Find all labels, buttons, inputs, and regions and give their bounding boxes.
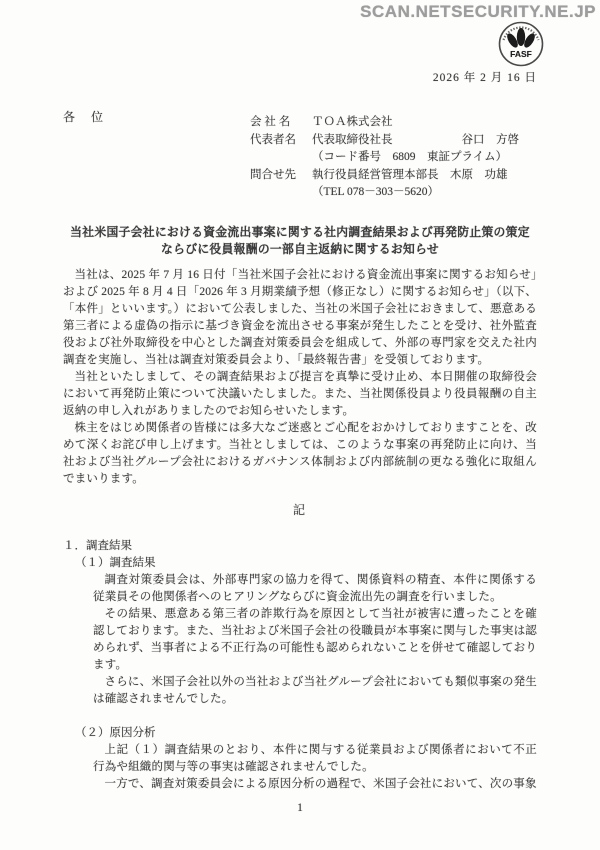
subsection-body: 上記（１）調査結果のとおり、本件に関与する従業員および関係者において不正行為や組… bbox=[93, 742, 537, 793]
company-name-value: ＴＯＡ株式会社 bbox=[312, 114, 393, 132]
date-line: 2026 年 2 月 16 日 bbox=[63, 70, 537, 87]
record-mark: 記 bbox=[63, 502, 537, 519]
scan-watermark: SCAN.NETSECURITY.NE.JP bbox=[360, 2, 596, 22]
document-page: SCAN.NETSECURITY.NE.JP FASF 2026 年 2 月 1… bbox=[0, 0, 600, 850]
paragraph: さらに、米国子会社以外の当社および当社グループ会社においても類似事案の発生は確認… bbox=[93, 674, 537, 708]
page-number: 1 bbox=[0, 802, 600, 814]
company-info-block: 会 社 名 ＴＯＡ株式会社 代表者名 代表取締役社長 谷口 方啓 （コード番号 … bbox=[250, 114, 537, 202]
representative-value: 代表取締役社長 谷口 方啓 bbox=[312, 132, 519, 150]
lead-paragraphs: 当社は、2025 年 7 月 16 日付「当社米国子会社における資金流出事案に関… bbox=[63, 267, 537, 488]
contact-label: 問合せ先 bbox=[250, 167, 312, 185]
company-info-row: （TEL 078－303－5620） bbox=[250, 184, 537, 202]
section-investigation-results: １．調査結果 （１）調査結果 調査対策委員会は、外部専門家の協力を得て、関係資料… bbox=[63, 538, 537, 793]
paragraph: 当社といたしまして、その調査結果および提言を真摯に受け止め、本日開催の取締役会に… bbox=[63, 369, 537, 420]
paragraph: 調査対策委員会は、外部専門家の協力を得て、関係資料の精査、本件に関係する従業員そ… bbox=[93, 572, 537, 606]
addressee: 各 位 bbox=[63, 109, 105, 126]
tel-value: （TEL 078－303－5620） bbox=[312, 184, 439, 202]
paragraph: 株主をはじめ関係者の皆様には多大なご迷惑とご心配をおかけしておりますことを、改め… bbox=[63, 420, 537, 488]
document-content: 2026 年 2 月 16 日 各 位 会 社 名 ＴＯＡ株式会社 代表者名 代… bbox=[0, 0, 600, 793]
document-title-line2: ならびに役員報酬の一部自主返納に関するお知らせ bbox=[63, 241, 537, 258]
fasf-seal-icon: FASF bbox=[497, 20, 545, 68]
paragraph: 当社は、2025 年 7 月 16 日付「当社米国子会社における資金流出事案に関… bbox=[63, 267, 537, 369]
stock-code-value: （コード番号 6809 東証プライム） bbox=[312, 149, 507, 167]
subsection-heading: （１）調査結果 bbox=[75, 555, 537, 572]
paragraph: 一方で、調査対策委員会による原因分析の過程で、米国子会社において、次の事象 bbox=[93, 776, 537, 793]
tel-label bbox=[250, 184, 312, 202]
company-info-row: （コード番号 6809 東証プライム） bbox=[250, 149, 537, 167]
company-info-row: 代表者名 代表取締役社長 谷口 方啓 bbox=[250, 132, 537, 150]
subsection-survey-results: （１）調査結果 調査対策委員会は、外部専門家の協力を得て、関係資料の精査、本件に… bbox=[63, 555, 537, 708]
subsection-body: 調査対策委員会は、外部専門家の協力を得て、関係資料の精査、本件に関係する従業員そ… bbox=[93, 572, 537, 708]
subsection-heading: （２）原因分析 bbox=[75, 725, 537, 742]
company-name-label: 会 社 名 bbox=[250, 114, 312, 132]
section-heading: １．調査結果 bbox=[63, 538, 537, 555]
document-title-line1: 当社米国子会社における資金流出事案に関する社内調査結果および再発防止策の策定 bbox=[63, 224, 537, 241]
company-info-row: 問合せ先 執行役員経営管理本部長 木原 功雄 bbox=[250, 167, 537, 185]
document-title: 当社米国子会社における資金流出事案に関する社内調査結果および再発防止策の策定 な… bbox=[63, 224, 537, 258]
company-info-row: 会 社 名 ＴＯＡ株式会社 bbox=[250, 114, 537, 132]
subsection-cause-analysis: （２）原因分析 上記（１）調査結果のとおり、本件に関与する従業員および関係者にお… bbox=[63, 725, 537, 793]
representative-label: 代表者名 bbox=[250, 132, 312, 150]
paragraph: その結果、悪意ある第三者の詐欺行為を原因として当社が被害に遭ったことを確認してお… bbox=[93, 606, 537, 674]
seal-label: FASF bbox=[510, 49, 532, 59]
code-label bbox=[250, 149, 312, 167]
contact-value: 執行役員経営管理本部長 木原 功雄 bbox=[312, 167, 508, 185]
paragraph: 上記（１）調査結果のとおり、本件に関与する従業員および関係者において不正行為や組… bbox=[93, 742, 537, 776]
